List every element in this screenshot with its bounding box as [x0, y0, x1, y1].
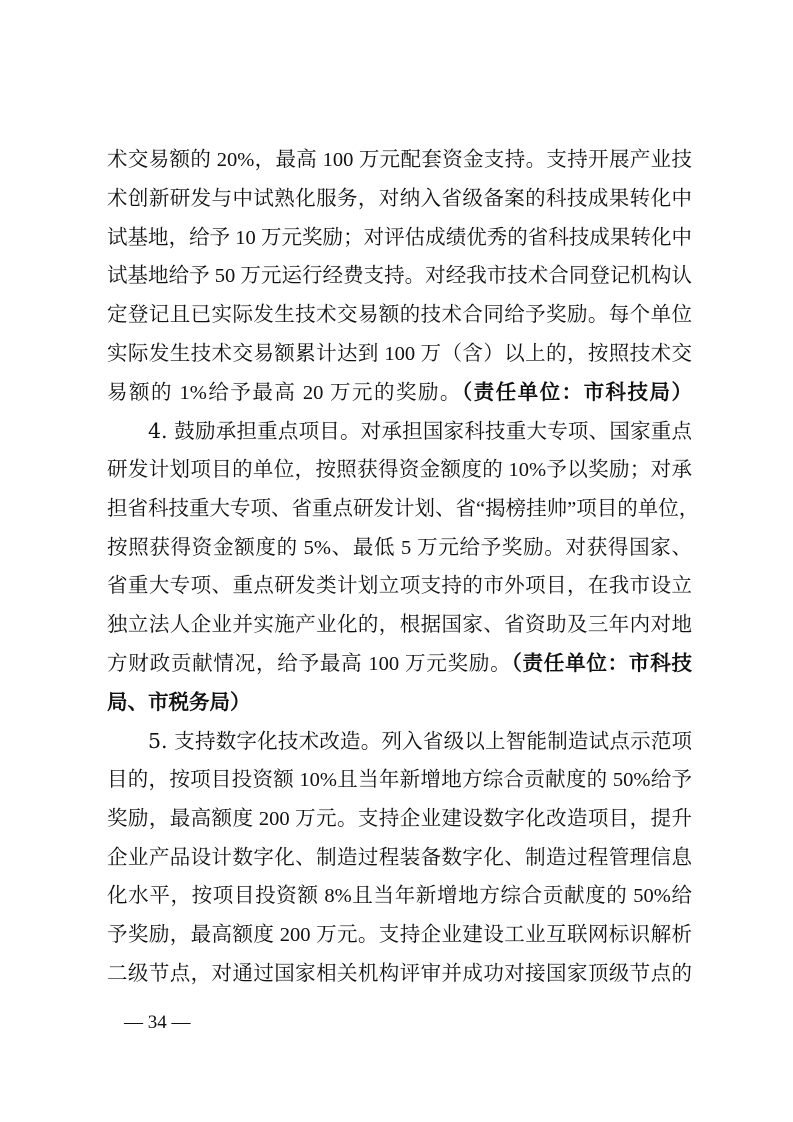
text-line: 方财政贡献情况，给予最高 100 万元奖励。（责任单位：市科技 — [107, 645, 692, 684]
text-line: 化水平，按项目投资额 8%且当年新增地方综合贡献度的 50%给 — [107, 877, 692, 916]
paragraph-item-4: 4. 鼓励承担重点项目。对承担国家科技重大专项、国家重点 研发计划项目的单位，按… — [107, 412, 692, 722]
text-line: 试基地给予 50 万元运行经费支持。对经我市技术合同登记机构认 — [107, 257, 692, 296]
text-line: 独立法人企业并实施产业化的，根据国家、省资助及三年内对地 — [107, 606, 692, 645]
line-text: 对承担国家科技重大专项、国家重点 — [361, 421, 692, 443]
text-line: 企业产品设计数字化、制造过程装备数字化、制造过程管理信息 — [107, 839, 692, 878]
line-text: 易额的 1%给予最高 20 万元的奖励。 — [107, 382, 462, 404]
responsibility-unit: （责任单位：市科技 — [511, 652, 692, 675]
paragraph-item-5: 5. 支持数字化技术改造。列入省级以上智能制造试点示范项 目的，按项目投资额 1… — [107, 722, 692, 993]
text-line: 易额的 1%给予最高 20 万元的奖励。（责任单位：市科技局） — [107, 374, 692, 413]
text-line: 4. 鼓励承担重点项目。对承担国家科技重大专项、国家重点 — [107, 412, 692, 451]
text-line: 局、市税务局） — [107, 684, 692, 723]
page-number: — 34 — — [124, 1012, 191, 1034]
text-line: 奖励，最高额度 200 万元。支持企业建设数字化改造项目，提升 — [107, 800, 692, 839]
paragraph-tech-transfer: 术交易额的 20%，最高 100 万元配套资金支持。支持开展产业技 术创新研发与… — [107, 141, 692, 412]
text-line: 术交易额的 20%，最高 100 万元配套资金支持。支持开展产业技 — [107, 141, 692, 180]
document-page: 术交易额的 20%，最高 100 万元配套资金支持。支持开展产业技 术创新研发与… — [0, 0, 793, 1122]
responsibility-unit: 局、市税务局） — [107, 691, 251, 714]
text-line: 目的，按项目投资额 10%且当年新增地方综合贡献度的 50%给予 — [107, 761, 692, 800]
text-line: 术创新研发与中试熟化服务，对纳入省级备案的科技成果转化中 — [107, 180, 692, 219]
text-line: 研发计划项目的单位，按照获得资金额度的 10%予以奖励；对承 — [107, 451, 692, 490]
text-line: 省重大专项、重点研发类计划立项支持的市外项目，在我市设立 — [107, 567, 692, 606]
item-heading: 5. 支持数字化技术改造。 — [148, 729, 381, 753]
text-line: 担省科技重大专项、省重点研发计划、省“揭榜挂帅”项目的单位， — [107, 490, 692, 529]
line-text: 列入省级以上智能制造试点示范项 — [381, 731, 692, 753]
text-line: 实际发生技术交易额累计达到 100 万（含）以上的，按照技术交 — [107, 335, 692, 374]
text-line: 予奖励，最高额度 200 万元。支持企业建设工业互联网标识解析 — [107, 916, 692, 955]
item-heading: 4. 鼓励承担重点项目。 — [148, 419, 361, 443]
text-line: 5. 支持数字化技术改造。列入省级以上智能制造试点示范项 — [107, 722, 692, 761]
text-line: 定登记且已实际发生技术交易额的技术合同给予奖励。每个单位 — [107, 296, 692, 335]
body-text: 术交易额的 20%，最高 100 万元配套资金支持。支持开展产业技 术创新研发与… — [107, 141, 692, 994]
text-line: 按照获得资金额度的 5%、最低 5 万元给予奖励。对获得国家、 — [107, 529, 692, 568]
responsibility-unit: （责任单位：市科技局） — [462, 381, 692, 404]
line-text: 方财政贡献情况，给予最高 100 万元奖励。 — [107, 653, 511, 675]
text-line: 二级节点，对通过国家相关机构评审并成功对接国家顶级节点的 — [107, 955, 692, 994]
text-line: 试基地，给予 10 万元奖励；对评估成绩优秀的省科技成果转化中 — [107, 219, 692, 258]
